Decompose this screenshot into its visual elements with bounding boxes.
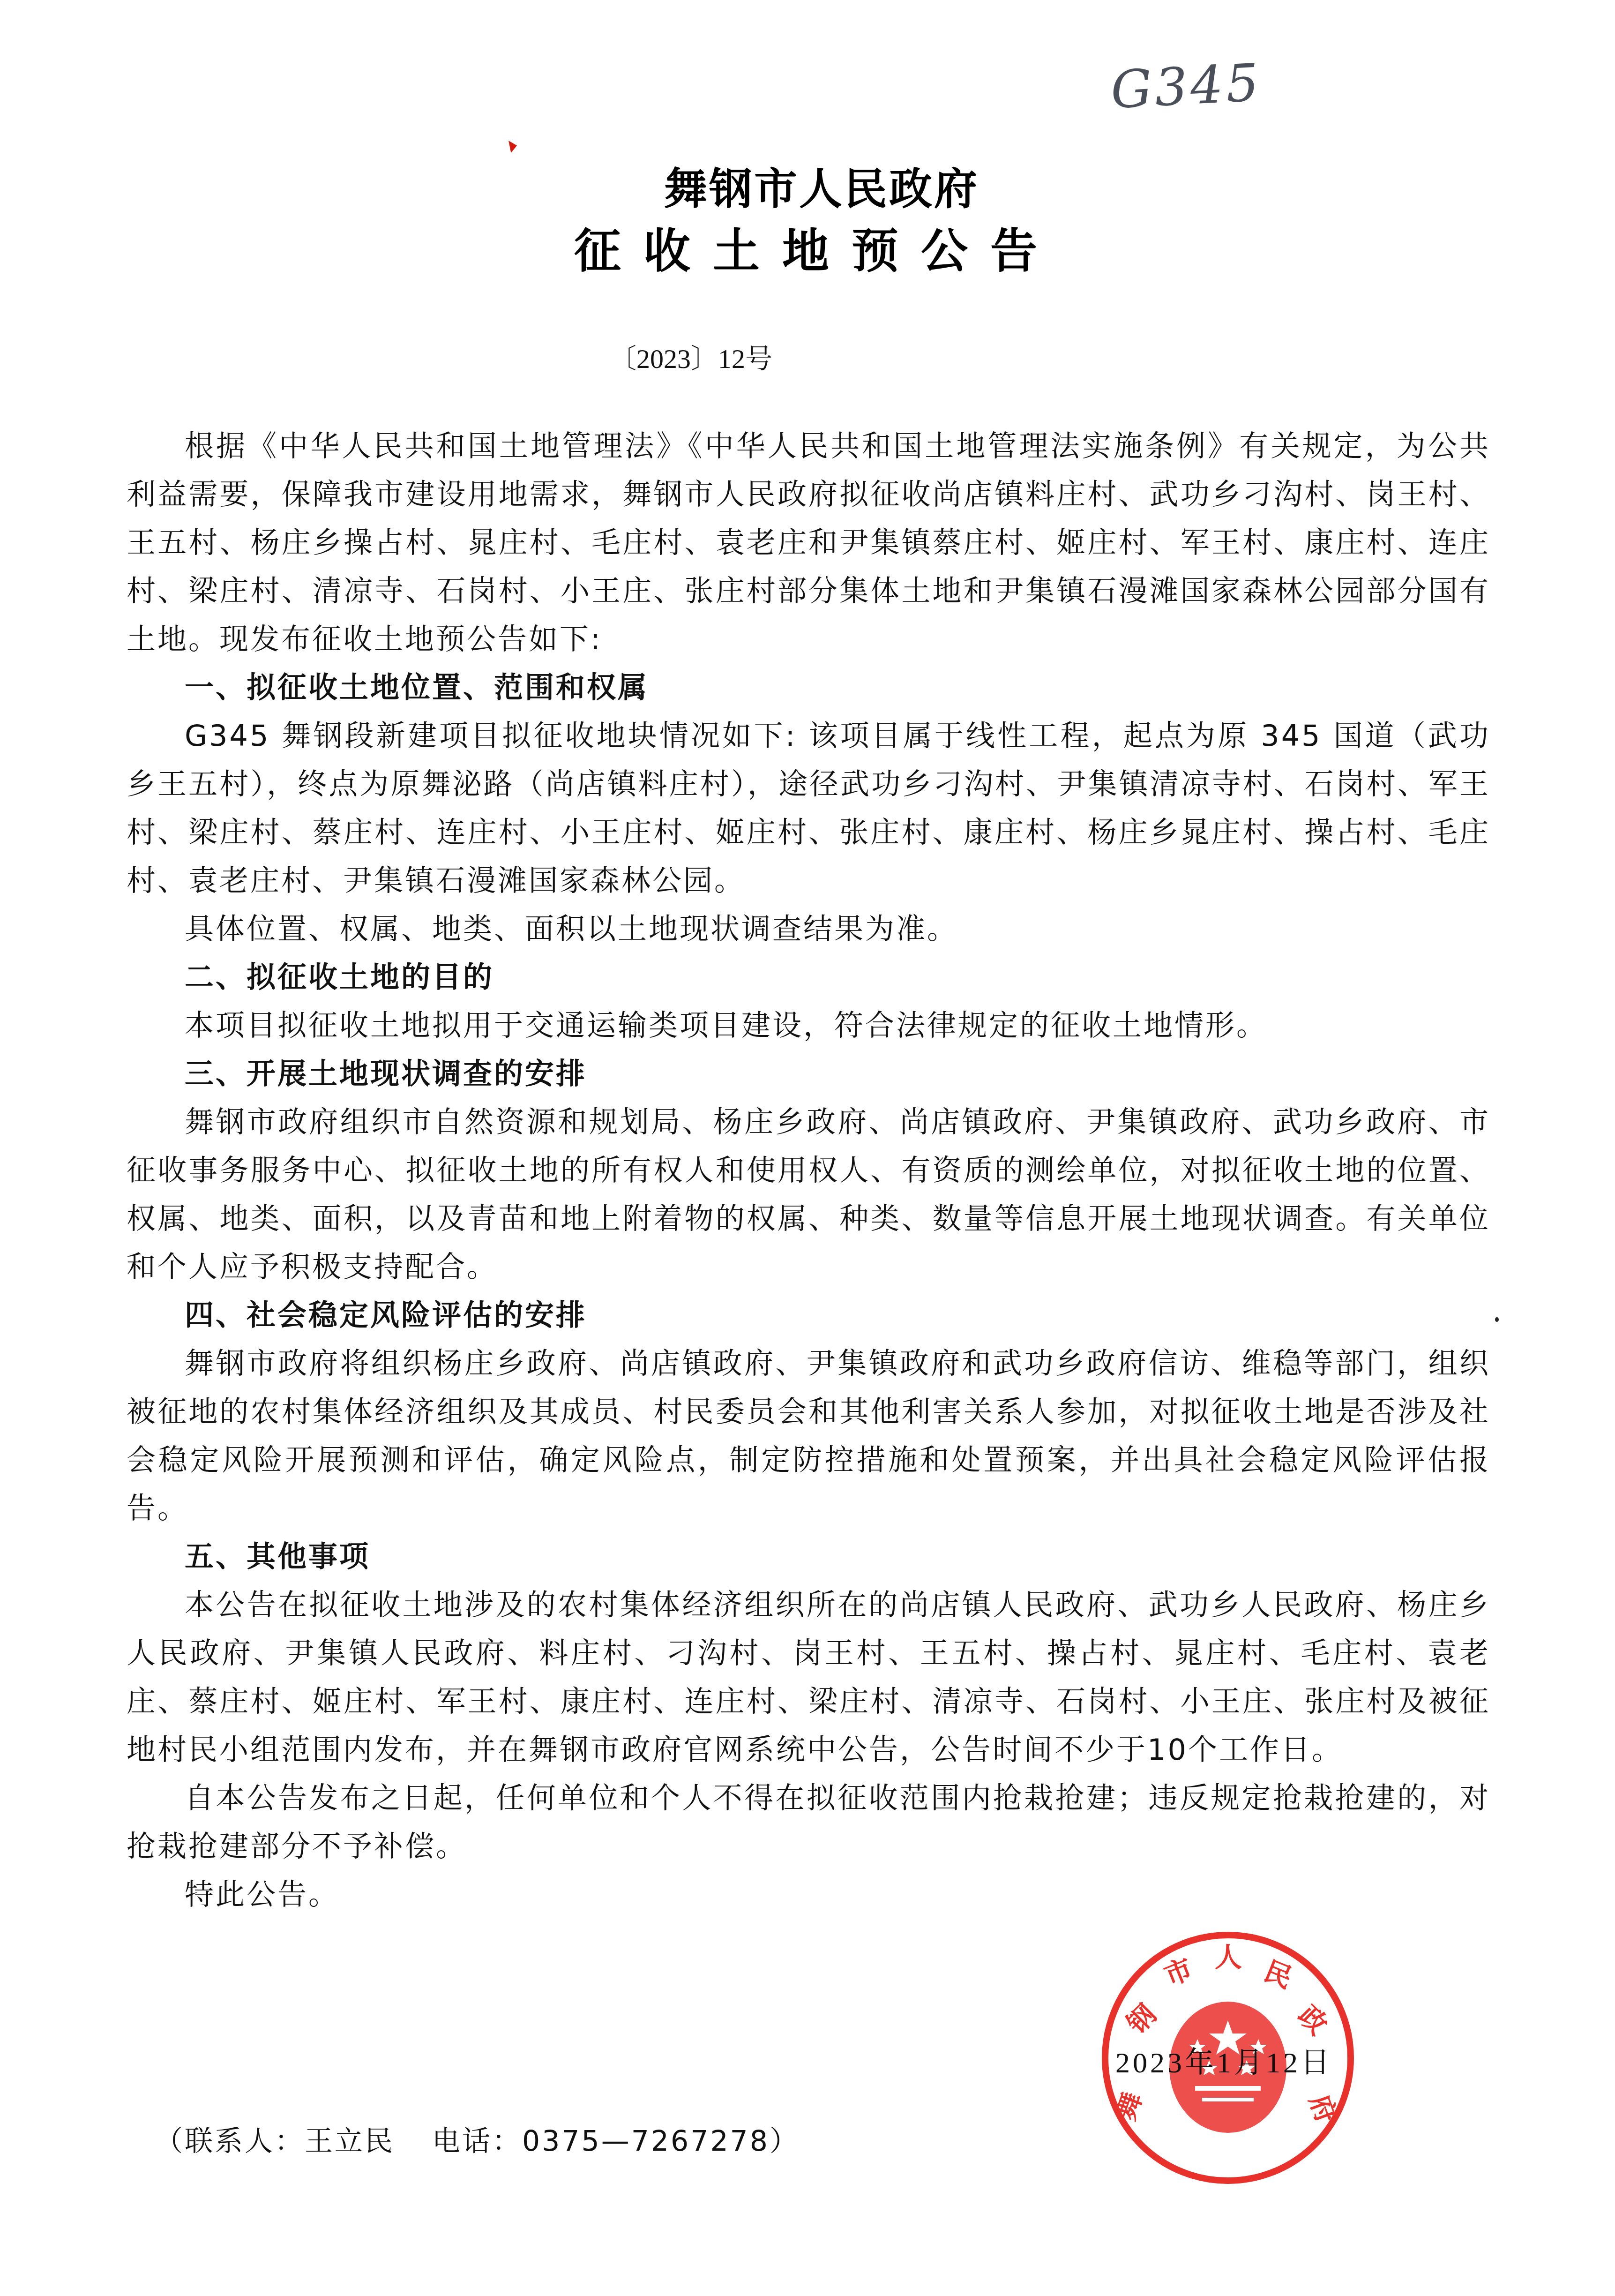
section-heading-2: 二、拟征收土地的目的 xyxy=(127,953,1490,1001)
section-heading-1: 一、拟征收土地位置、范围和权属 xyxy=(127,663,1490,712)
svg-text:府: 府 xyxy=(1303,2091,1343,2127)
red-ink-mark xyxy=(508,141,517,153)
section-2-paragraph-1: 本项目拟征收土地拟用于交通运输类项目建设，符合法律规定的征收土地情形。 xyxy=(127,1001,1490,1050)
section-heading-3: 三、开展土地现状调查的安排 xyxy=(127,1050,1490,1098)
section-5-paragraph-1: 本公告在拟征收土地涉及的农村集体经济组织所在的尚店镇人民政府、武功乡人民政府、杨… xyxy=(127,1581,1490,1774)
preamble: 根据《中华人民共和国土地管理法》《中华人民共和国土地管理法实施条例》有关规定，为… xyxy=(127,422,1490,663)
document-page: G345 舞钢市人民政府 征收土地预公告 〔2023〕12号 根据《中华人民共和… xyxy=(0,0,1615,2296)
section-4-paragraph-1: 舞钢市政府将组织杨庄乡政府、尚店镇政府、尹集镇政府和武功乡政府信访、维稳等部门，… xyxy=(127,1339,1490,1532)
contact-open-paren: （ xyxy=(155,2125,185,2158)
svg-text:人: 人 xyxy=(1215,1941,1242,1973)
section-heading-4: 四、社会稳定风险评估的安排 xyxy=(127,1291,1490,1339)
section-5-paragraph-2: 自本公告发布之日起，任何单位和个人不得在拟征收范围内抢栽抢建；违反规定抢栽抢建的… xyxy=(127,1774,1490,1870)
svg-text:舞: 舞 xyxy=(1109,2088,1149,2124)
document-number: 〔2023〕12号 xyxy=(609,337,772,376)
scan-speck xyxy=(1495,1317,1499,1322)
svg-text:市: 市 xyxy=(1160,1952,1197,1992)
handwritten-annotation: G345 xyxy=(1109,53,1263,120)
contact-close-paren: ） xyxy=(770,2125,800,2158)
document-title: 征收土地预公告 xyxy=(0,213,1615,281)
section-1-paragraph-2: 具体位置、权属、地类、面积以土地现状调查结果为准。 xyxy=(127,905,1490,953)
section-1-paragraph-1: G345 舞钢段新建项目拟征收地块情况如下: 该项目属于线性工程，起点为原 34… xyxy=(127,712,1490,905)
svg-text:政: 政 xyxy=(1292,1999,1334,2041)
contact-info: （联系人：王立民电话：0375—7267278） xyxy=(155,2119,800,2159)
svg-text:民: 民 xyxy=(1260,1955,1297,1995)
signature-date: 2023年1月12日 xyxy=(1115,2039,1332,2081)
section-heading-5: 五、其他事项 xyxy=(127,1532,1490,1581)
contact-phone: 0375—7267278 xyxy=(522,2125,770,2158)
closing-statement: 特此公告。 xyxy=(127,1870,1490,1919)
issuer-title: 舞钢市人民政府 xyxy=(0,155,1615,217)
contact-phone-label: 电话： xyxy=(432,2125,522,2158)
contact-person-label: 联系人： xyxy=(185,2125,305,2158)
contact-person: 王立民 xyxy=(305,2125,395,2158)
document-body: 根据《中华人民共和国土地管理法》《中华人民共和国土地管理法实施条例》有关规定，为… xyxy=(127,422,1490,1919)
section-3-paragraph-1: 舞钢市政府组织市自然资源和规划局、杨庄乡政府、尚店镇政府、尹集镇政府、武功乡政府… xyxy=(127,1098,1490,1291)
svg-text:钢: 钢 xyxy=(1121,1998,1162,2040)
